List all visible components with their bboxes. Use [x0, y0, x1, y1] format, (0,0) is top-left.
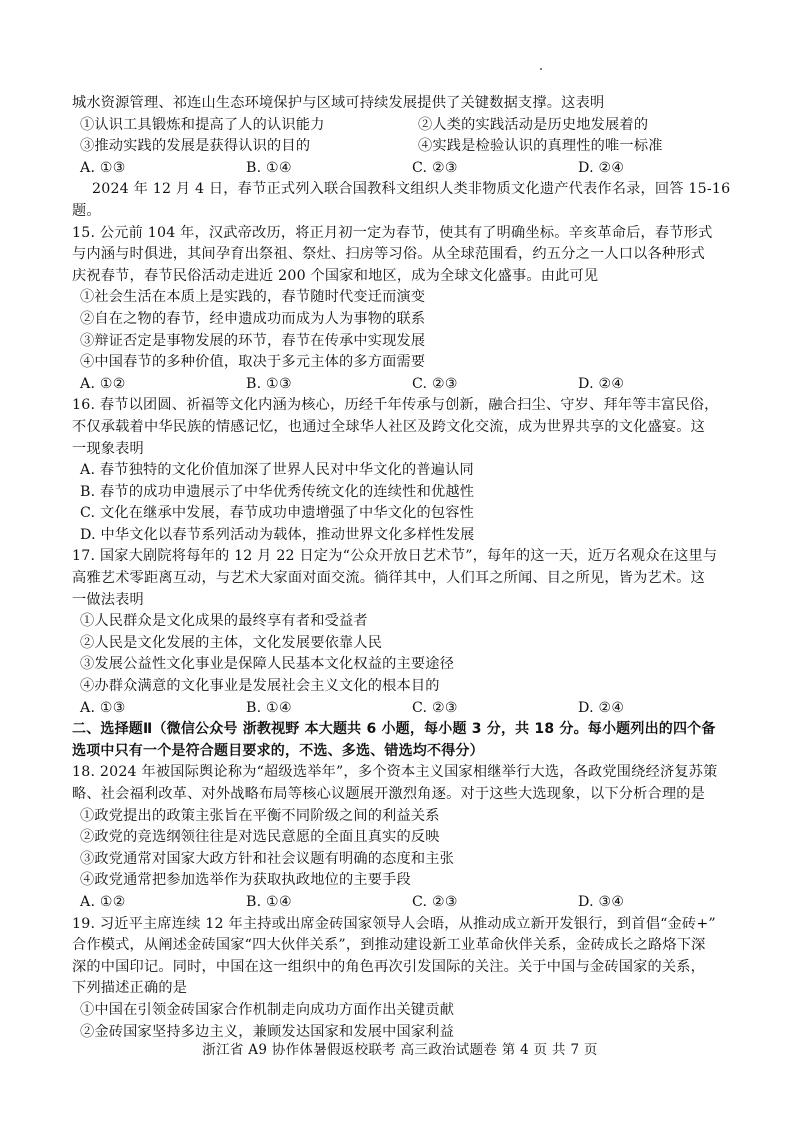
q15-statement-4: ④中国春节的多种价值，取决于多元主体的多方面需要 — [72, 352, 737, 374]
scan-speck — [540, 68, 542, 70]
q17-option-c: C. ②③ — [412, 698, 578, 720]
q17-statement-3: ③发展公益性文化事业是保障人民基本文化权益的主要途径 — [72, 654, 737, 676]
q18-option-c: C. ②③ — [412, 892, 578, 914]
q17-stem-line-2: 高雅艺术零距离互动，与艺术大家面对面交流。徜徉其中，人们耳之所闻、目之所见，皆为… — [72, 568, 737, 590]
q15-stem-line-3: 庆祝春节，春节民俗活动走进近 200 个国家和地区，成为全球文化盛事。由此可见 — [72, 266, 737, 288]
q18-option-a: A. ①② — [80, 892, 246, 914]
q15-statement-1: ①社会生活在本质上是实践的，春节随时代变迁而演变 — [72, 287, 737, 309]
q17-options: A. ①③ B. ①④ C. ②③ D. ②④ — [72, 698, 737, 720]
q15-options: A. ①② B. ①③ C. ②③ D. ②④ — [72, 374, 737, 396]
q14-statement-1: ①认识工具锻炼和提高了人的认识能力 — [80, 115, 418, 137]
q18-statement-2: ②政党的竞选纲领往往是对选民意愿的全面且真实的反映 — [72, 827, 737, 849]
q14-statements-row-1: ①认识工具锻炼和提高了人的认识能力 ②人类的实践活动是历史地发展着的 — [72, 115, 737, 137]
q16-option-d: D. 中华文化以春节系列活动为载体，推动世界文化多样性发展 — [72, 525, 737, 547]
q18-statement-3: ③政党通常对国家大政方针和社会议题有明确的态度和主张 — [72, 849, 737, 871]
q18-option-b: B. ①④ — [246, 892, 412, 914]
q18-statement-1: ①政党提出的政策主张旨在平衡不同阶级之间的利益关系 — [72, 806, 737, 828]
q14-options: A. ①③ B. ①④ C. ②③ D. ②④ — [72, 158, 737, 180]
q14-option-a: A. ①③ — [80, 158, 246, 180]
q14-statement-2: ②人类的实践活动是历史地发展着的 — [418, 115, 648, 137]
q19-stem-line-3: 深的中国印记。同时，中国在这一组织中的角色再次引发国际的关注。关于中国与金砖国家… — [72, 957, 737, 979]
q15-option-a: A. ①② — [80, 374, 246, 396]
q17-statement-2: ②人民是文化发展的主体，文化发展要依靠人民 — [72, 633, 737, 655]
q19-statement-1: ①中国在引领金砖国家合作机制走向成功方面作出关键贡献 — [72, 1000, 737, 1022]
q19-stem-line-2: 合作模式，从阐述金砖国家“四大伙伴关系”，到推动建设新工业革命伙伴关系，金砖成长… — [72, 935, 737, 957]
q14-statement-3: ③推动实践的发展是获得认识的目的 — [80, 136, 418, 158]
q18-statement-4: ④政党通常把参加选举作为获取执政地位的主要手段 — [72, 870, 737, 892]
q19-stem-line-1: 19. 习近平主席连续 12 年主持或出席金砖国家领导人会晤，从推动成立新开发银… — [72, 914, 737, 936]
q16-option-c: C. 文化在继承中发展，春节成功申遗增强了中华文化的包容性 — [72, 503, 737, 525]
q16-stem-line-1: 16. 春节以团圆、祈福等文化内涵为核心，历经千年传承与创新，融合扫尘、守岁、拜… — [72, 395, 737, 417]
q14-option-c: C. ②③ — [412, 158, 578, 180]
q17-stem-line-3: 一做法表明 — [72, 590, 737, 612]
q18-option-d: D. ③④ — [578, 892, 624, 914]
q17-stem-line-1: 17. 国家大剧院将每年的 12 月 22 日定为“公众开放日艺术节”，每年的这… — [72, 546, 737, 568]
q17-statement-4: ④办群众满意的文化事业是发展社会主义文化的根本目的 — [72, 676, 737, 698]
page-content: 城水资源管理、祁连山生态环境保护与区域可持续发展提供了关键数据支撑。这表明 ①认… — [72, 93, 737, 1043]
material-15-16-line-1: 2024 年 12 月 4 日，春节正式列入联合国教科文组织人类非物质文化遗产代… — [72, 179, 737, 201]
q17-option-d: D. ②④ — [578, 698, 624, 720]
q16-option-b: B. 春节的成功申遗展示了中华优秀传统文化的连续性和优越性 — [72, 482, 737, 504]
q14-stem-end: 城水资源管理、祁连山生态环境保护与区域可持续发展提供了关键数据支撑。这表明 — [72, 93, 737, 115]
q15-statement-2: ②自在之物的春节，经申遗成功而成为人为事物的联系 — [72, 309, 737, 331]
q16-stem-line-2: 不仅承载着中华民族的情感记忆，也通过全球华人社区及跨文化交流，成为世界共享的文化… — [72, 417, 737, 439]
q14-option-d: D. ②④ — [578, 158, 624, 180]
q18-stem-line-2: 略、社会福利改革、对外战略布局等核心议题展开激烈角逐。对于这些大选现象，以下分析… — [72, 784, 737, 806]
section-2-header-line-2: 选项中只有一个是符合题目要求的，不选、多选、错选均不得分） — [72, 741, 737, 763]
q18-stem-line-1: 18. 2024 年被国际舆论称为“超级选举年”，多个资本主义国家相继举行大选，… — [72, 762, 737, 784]
q19-stem-line-4: 下列描述正确的是 — [72, 978, 737, 1000]
q17-option-a: A. ①③ — [80, 698, 246, 720]
q16-stem-line-3: 一现象表明 — [72, 439, 737, 461]
q17-option-b: B. ①④ — [246, 698, 412, 720]
q18-options: A. ①② B. ①④ C. ②③ D. ③④ — [72, 892, 737, 914]
q17-statement-1: ①人民群众是文化成果的最终享有者和受益者 — [72, 611, 737, 633]
q16-option-a: A. 春节独特的文化价值加深了世界人民对中华文化的普遍认同 — [72, 460, 737, 482]
q15-option-d: D. ②④ — [578, 374, 624, 396]
page-footer: 浙江省 A9 协作体暑假返校联考 高三政治试题卷 第 4 页 共 7 页 — [0, 1038, 800, 1058]
q14-option-b: B. ①④ — [246, 158, 412, 180]
q14-statement-4: ④实践是检验认识的真理性的唯一标准 — [418, 136, 663, 158]
material-15-16-line-2: 题。 — [72, 201, 737, 223]
exam-page: 城水资源管理、祁连山生态环境保护与区域可持续发展提供了关键数据支撑。这表明 ①认… — [0, 0, 800, 1131]
q14-statements-row-2: ③推动实践的发展是获得认识的目的 ④实践是检验认识的真理性的唯一标准 — [72, 136, 737, 158]
section-2-header-line-1: 二、选择题Ⅱ（微信公众号 浙教视野 本大题共 6 小题，每小题 3 分，共 18… — [72, 719, 737, 741]
q15-option-c: C. ②③ — [412, 374, 578, 396]
q15-option-b: B. ①③ — [246, 374, 412, 396]
q15-stem-line-2: 与内涵与时俱进，其间孕育出祭祖、祭灶、扫房等习俗。从全球范围看，约五分之一人口以… — [72, 244, 737, 266]
q15-statement-3: ③辩证否定是事物发展的环节，春节在传承中实现发展 — [72, 331, 737, 353]
q15-stem-line-1: 15. 公元前 104 年，汉武帝改历，将正月初一定为春节，使其有了明确坐标。辛… — [72, 223, 737, 245]
